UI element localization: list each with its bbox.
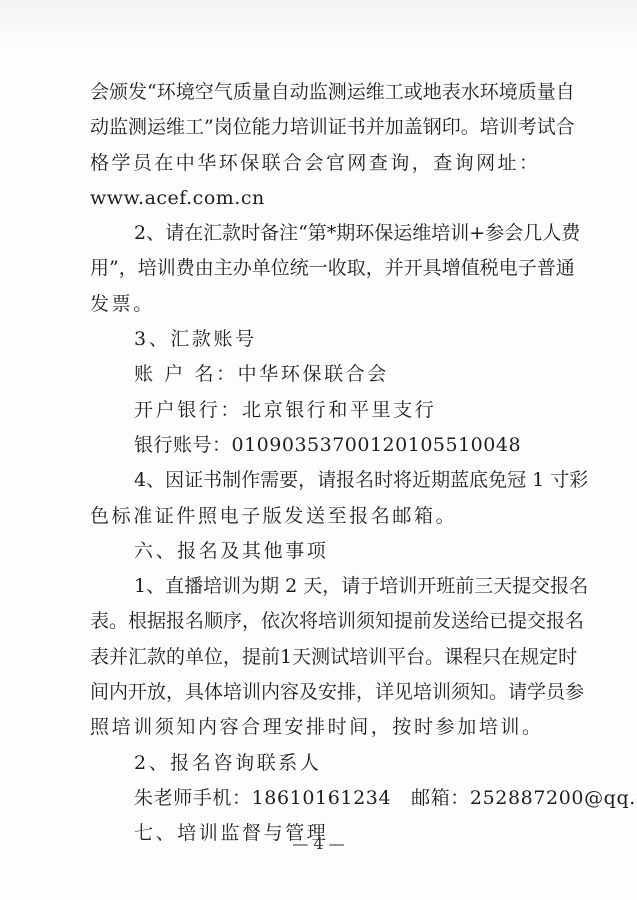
page-number: — 4 — (0, 834, 637, 853)
paragraph-line: 发票。 (90, 287, 538, 322)
paragraph-line: 1、直播培训为期 2 天，请于培训开班前三天提交报名 (90, 569, 538, 604)
paragraph-line: 表并汇款的单位，提前1天测试培训平台。课程只在规定时 (90, 640, 538, 675)
section-heading: 3、汇款账号 (90, 322, 538, 357)
contact-info: 朱老师手机：18610161234 邮箱：252887200@qq.com (90, 781, 538, 816)
paragraph-line: 间内开放，具体培训内容及安排，详见培训须知。请学员参 (90, 675, 538, 710)
bank-name: 开户银行：北京银行和平里支行 (90, 393, 538, 428)
paragraph-line: 动监测运维工”岗位能力培训证书并加盖钢印。培训考试合 (90, 110, 538, 145)
paragraph-line: 4、因证书制作需要，请报名时将近期蓝底免冠 1 寸彩 (90, 463, 538, 498)
section-heading: 2、报名咨询联系人 (90, 746, 538, 781)
paragraph-line: 色标准证件照电子版发送至报名邮箱。 (90, 499, 538, 534)
section-heading: 六、报名及其他事项 (90, 534, 538, 569)
account-name: 账 户 名：中华环保联合会 (90, 357, 538, 392)
scan-shade (0, 0, 637, 50)
website-url: www.acef.com.cn (90, 181, 538, 216)
paragraph-line: 表。根据报名顺序，依次将培训须知提前发送给已提交报名 (90, 604, 538, 639)
document-body: 会颁发“环境空气质量自动监测运维工或地表水环境质量自 动监测运维工”岗位能力培训… (90, 75, 538, 852)
paragraph-line: 照培训须知内容合理安排时间，按时参加培训。 (90, 710, 538, 745)
paragraph-line: 会颁发“环境空气质量自动监测运维工或地表水环境质量自 (90, 75, 538, 110)
paragraph-line: 用”，培训费由主办单位统一收取，并开具增值税电子普通 (90, 251, 538, 286)
paragraph-line: 2、请在汇款时备注“第*期环保运维培训+参会几人费 (90, 216, 538, 251)
bank-account-number: 银行账号：01090353700120105510048 (90, 428, 538, 463)
paragraph-line: 格学员在中华环保联合会官网查询，查询网址： (90, 146, 538, 181)
